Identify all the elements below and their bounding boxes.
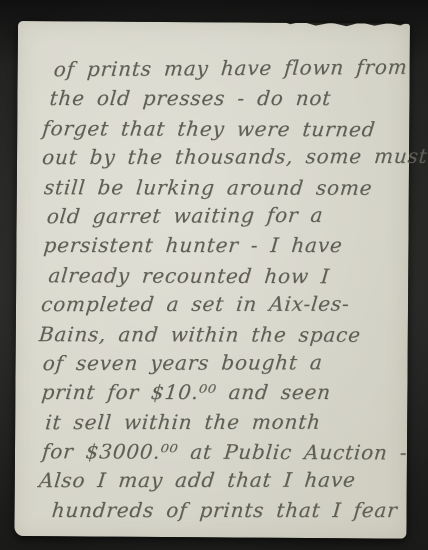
handwritten-line: forget that they were turned: [41, 116, 397, 147]
letter-paper: of prints may have flown from the old pr…: [14, 21, 410, 539]
handwritten-line: hundreds of prints that I fear: [50, 498, 394, 527]
handwritten-line: print for $10.⁰⁰ and seen: [40, 380, 395, 409]
handwritten-line: the old presses - do not: [48, 87, 397, 116]
handwritten-letter-body: of prints may have flown from the old pr…: [14, 21, 410, 539]
handwritten-line: out by the thousands, some must: [41, 144, 397, 175]
handwritten-line: Bains, and within the space: [37, 322, 395, 352]
handwritten-line: for $3000.⁰⁰ at Public Auction -: [41, 439, 395, 470]
handwritten-line: still be lurking around some: [43, 175, 397, 205]
handwritten-line: already recounted how I: [47, 263, 396, 294]
handwritten-line: persistent hunter - I have: [42, 234, 396, 263]
handwritten-line: Also I may add that I have: [37, 468, 394, 498]
handwritten-line: of prints may have flown from: [52, 55, 397, 87]
handwritten-line: old garret waiting for a: [45, 202, 396, 233]
handwritten-line: completed a set in Aix-les-: [39, 292, 395, 322]
handwritten-line: of seven years bought a: [41, 350, 395, 381]
handwritten-line: it sell within the month: [44, 409, 395, 439]
